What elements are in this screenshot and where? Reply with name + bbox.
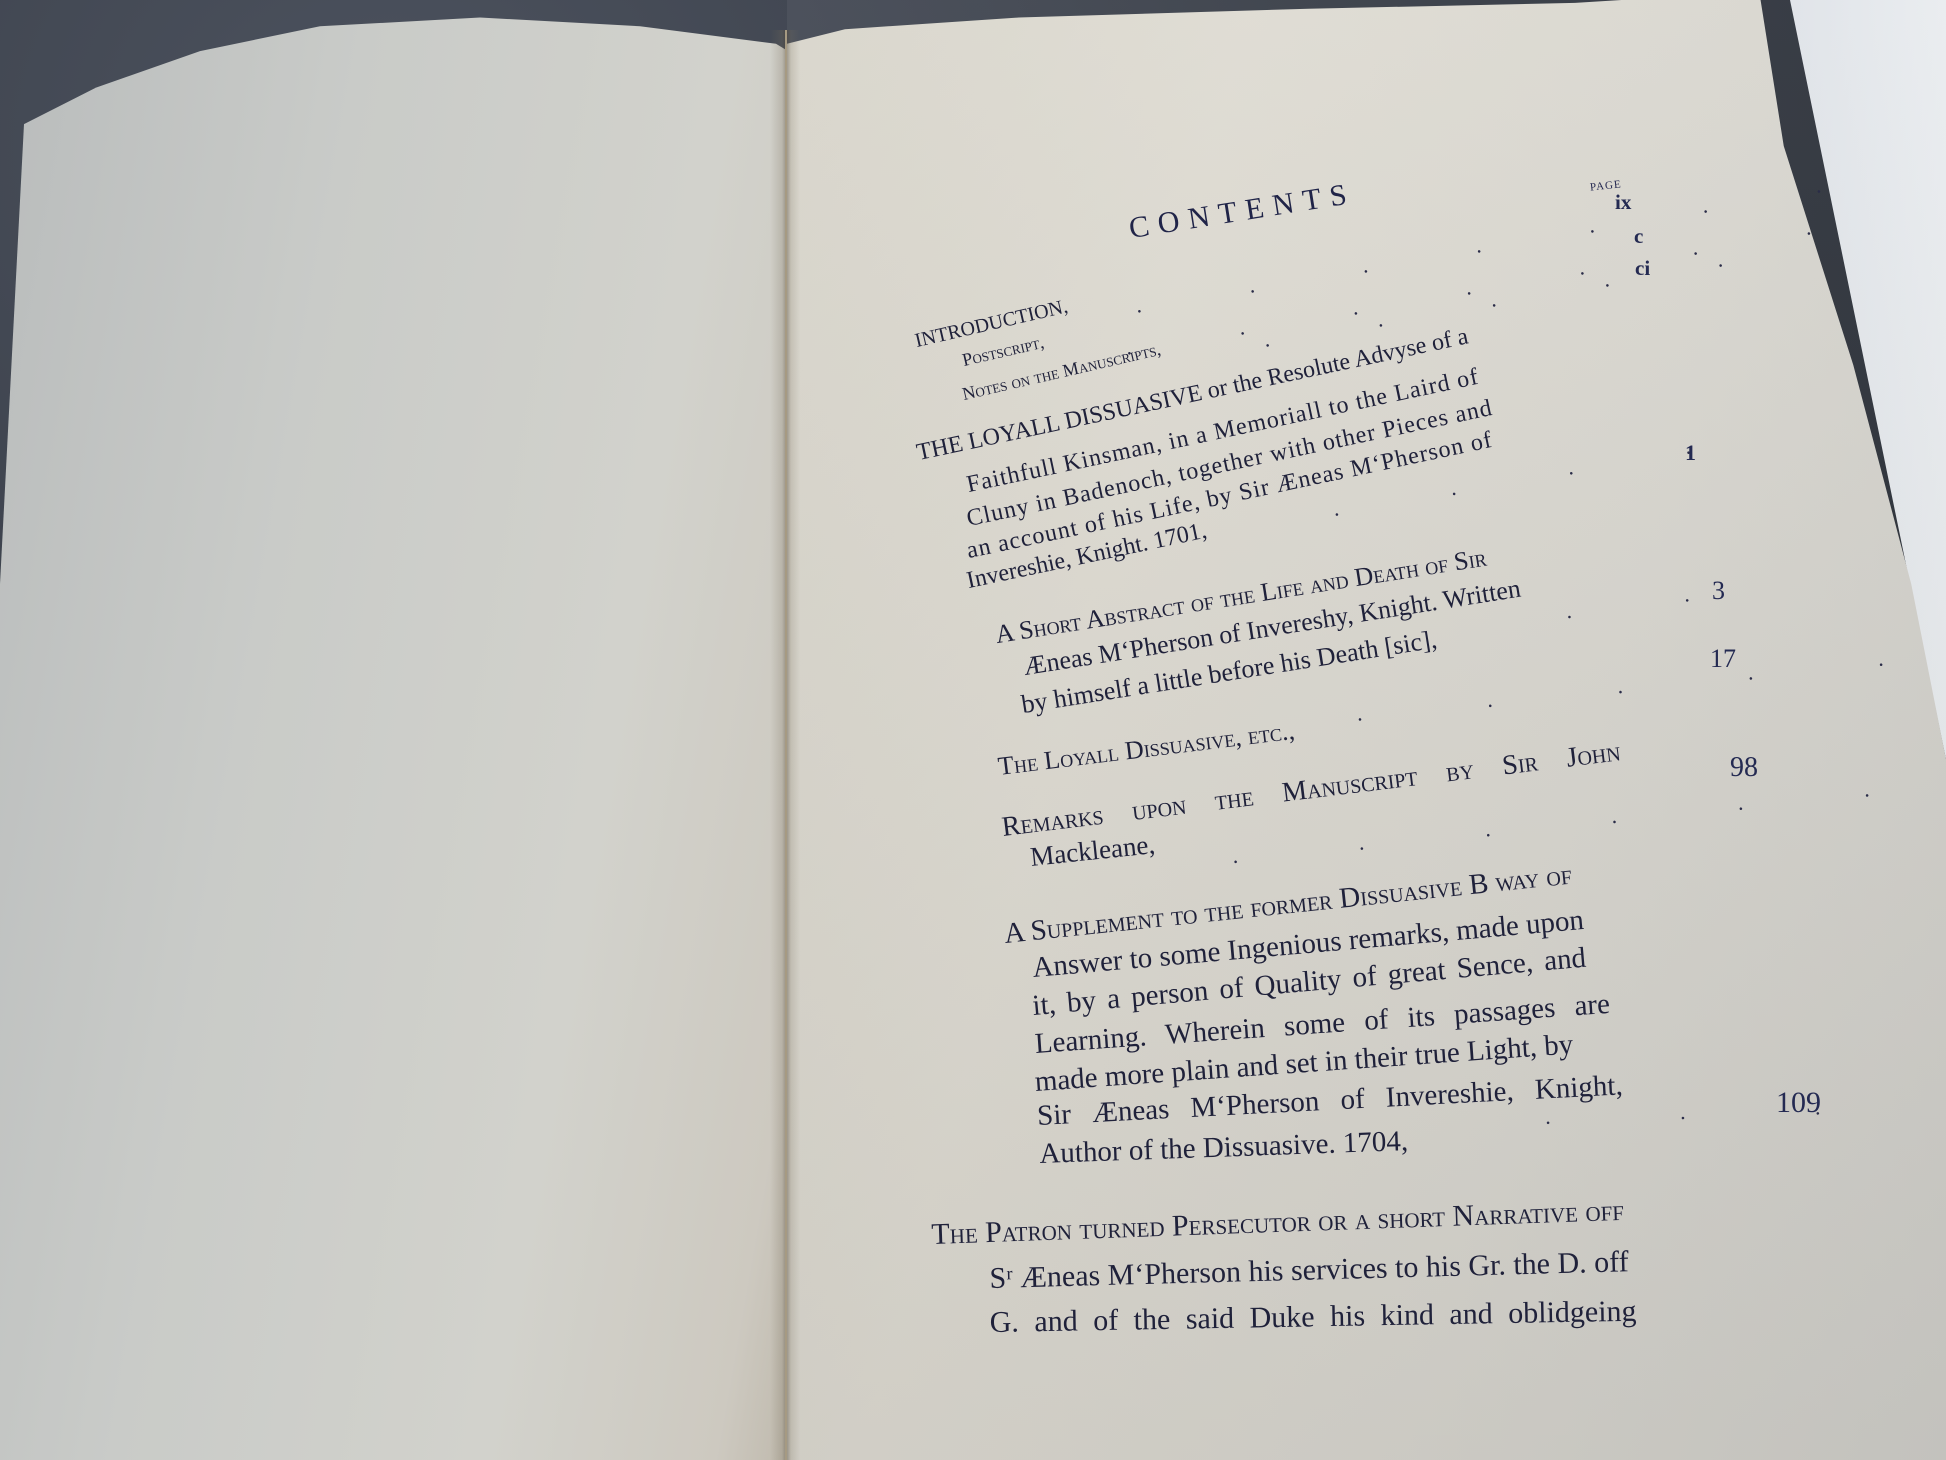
page-number-remarks: 98 [1730,752,1758,784]
left-page-blank [0,0,800,1460]
binding-seam [785,30,787,1460]
